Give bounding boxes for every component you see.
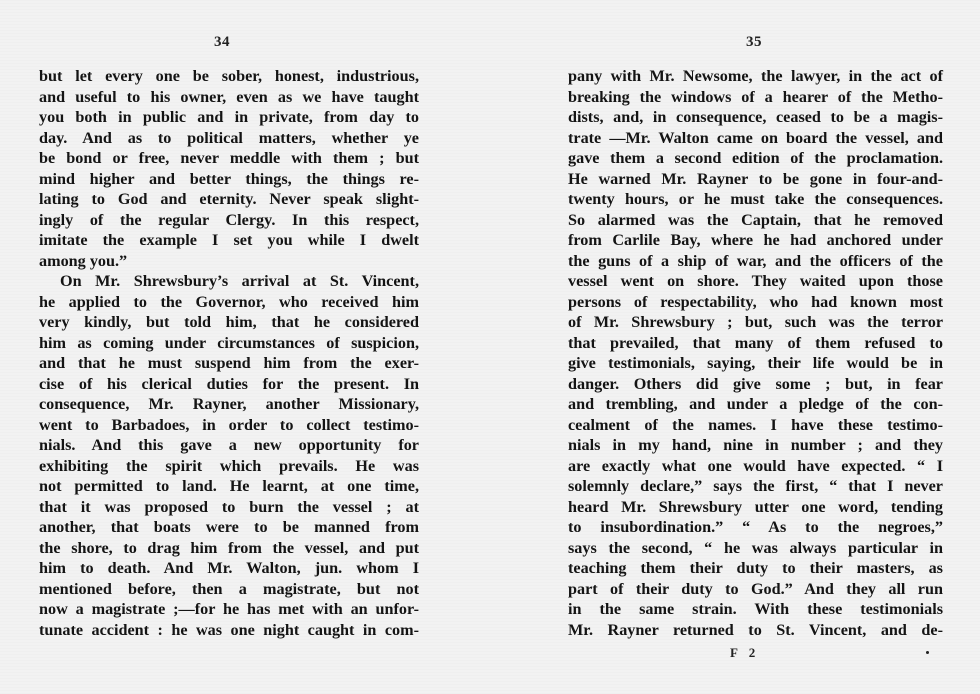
- text-line: imitate the example I set you while I dw…: [39, 230, 419, 251]
- text-line: went to Barbadoes, in order to collect t…: [39, 415, 419, 436]
- text-line: lating to God and eternity. Never speak …: [39, 189, 419, 210]
- text-line: cealment of the names. I have these test…: [568, 415, 943, 436]
- text-line: nials in my hand, nine in number ; and t…: [568, 435, 943, 456]
- page-number-left: 34: [214, 34, 230, 51]
- text-line: not permitted to land. He learnt, at one…: [39, 476, 419, 497]
- right-page-body: pany with Mr. Newsome, the lawyer, in th…: [568, 66, 943, 640]
- text-line: mind higher and better things, the thing…: [39, 169, 419, 190]
- page-number-right: 35: [746, 34, 762, 51]
- text-line: now a magistrate ;—for he has met with a…: [39, 599, 419, 620]
- text-line: pany with Mr. Newsome, the lawyer, in th…: [568, 66, 943, 87]
- text-line: of Mr. Shrewsbury ; but, such was the te…: [568, 312, 943, 333]
- text-line: among you.”: [39, 251, 419, 272]
- text-line: vessel went on shore. They waited upon t…: [568, 271, 943, 292]
- text-line: the shore, to drag him from the vessel, …: [39, 538, 419, 559]
- text-line: ingly of the regular Clergy. In this res…: [39, 210, 419, 231]
- text-line: dists, and, in consequence, ceased to be…: [568, 107, 943, 128]
- text-line: very kindly, but told him, that he consi…: [39, 312, 419, 333]
- text-line: part of their duty to God.” And they all…: [568, 579, 943, 600]
- text-line: nials. And this gave a new opportunity f…: [39, 435, 419, 456]
- text-line: that it was proposed to burn the vessel …: [39, 497, 419, 518]
- text-line: twenty hours, or he must take the conseq…: [568, 189, 943, 210]
- book-spread: 34 but let every one be sober, honest, i…: [0, 0, 980, 694]
- text-line: but let every one be sober, honest, indu…: [39, 66, 419, 87]
- text-line: him to death. And Mr. Walton, jun. whom …: [39, 558, 419, 579]
- text-line: day. And as to political matters, whethe…: [39, 128, 419, 149]
- text-line: you both in public and in private, from …: [39, 107, 419, 128]
- text-line: exhibiting the spirit which prevails. He…: [39, 456, 419, 477]
- text-line: So alarmed was the Captain, that he remo…: [568, 210, 943, 231]
- text-line: breaking the windows of a hearer of the …: [568, 87, 943, 108]
- text-line: from Carlile Bay, where he had anchored …: [568, 230, 943, 251]
- signature-mark: F 2: [730, 645, 759, 661]
- text-line: give testimonials, saying, their life wo…: [568, 353, 943, 374]
- text-line: danger. Others did give some ; but, in f…: [568, 374, 943, 395]
- text-line: solemnly declare,” says the first, “ tha…: [568, 476, 943, 497]
- text-line: tunate accident : he was one night caugh…: [39, 620, 419, 641]
- text-line: in the same strain. With these testimoni…: [568, 599, 943, 620]
- text-line: He warned Mr. Rayner to be gone in four-…: [568, 169, 943, 190]
- printer-dot-mark: [926, 651, 929, 654]
- text-line: heard Mr. Shrewsbury utter one word, ten…: [568, 497, 943, 518]
- text-line: be bond or free, never meddle with them …: [39, 148, 419, 169]
- text-line: and useful to his owner, even as we have…: [39, 87, 419, 108]
- paragraph-start-line: On Mr. Shrewsbury’s arrival at St. Vince…: [39, 271, 419, 292]
- text-line: teaching them their duty to their master…: [568, 558, 943, 579]
- text-line: he applied to the Governor, who received…: [39, 292, 419, 313]
- text-line: persons of respectability, who had known…: [568, 292, 943, 313]
- text-line: are exactly what one would have expected…: [568, 456, 943, 477]
- text-line: says the second, “ he was always particu…: [568, 538, 943, 559]
- text-line: and that he must suspend him from the ex…: [39, 353, 419, 374]
- text-line: mentioned before, then a magistrate, but…: [39, 579, 419, 600]
- left-page-body: but let every one be sober, honest, indu…: [39, 66, 419, 640]
- text-line: another, that boats were to be manned fr…: [39, 517, 419, 538]
- text-line: gave them a second edition of the procla…: [568, 148, 943, 169]
- text-line: consequence, Mr. Rayner, another Mission…: [39, 394, 419, 415]
- text-line: trate —Mr. Walton came on board the vess…: [568, 128, 943, 149]
- text-line: to insubordination.” “ As to the negroes…: [568, 517, 943, 538]
- text-line: him as coming under circumstances of sus…: [39, 333, 419, 354]
- right-page: 35 pany with Mr. Newsome, the lawyer, in…: [490, 0, 980, 694]
- text-line: the guns of a ship of war, and the offic…: [568, 251, 943, 272]
- text-line: that prevailed, that many of them refuse…: [568, 333, 943, 354]
- text-line: cise of his clerical duties for the pres…: [39, 374, 419, 395]
- text-line: and trembling, and under a pledge of the…: [568, 394, 943, 415]
- left-page: 34 but let every one be sober, honest, i…: [0, 0, 490, 694]
- text-line: Mr. Rayner returned to St. Vincent, and …: [568, 620, 943, 641]
